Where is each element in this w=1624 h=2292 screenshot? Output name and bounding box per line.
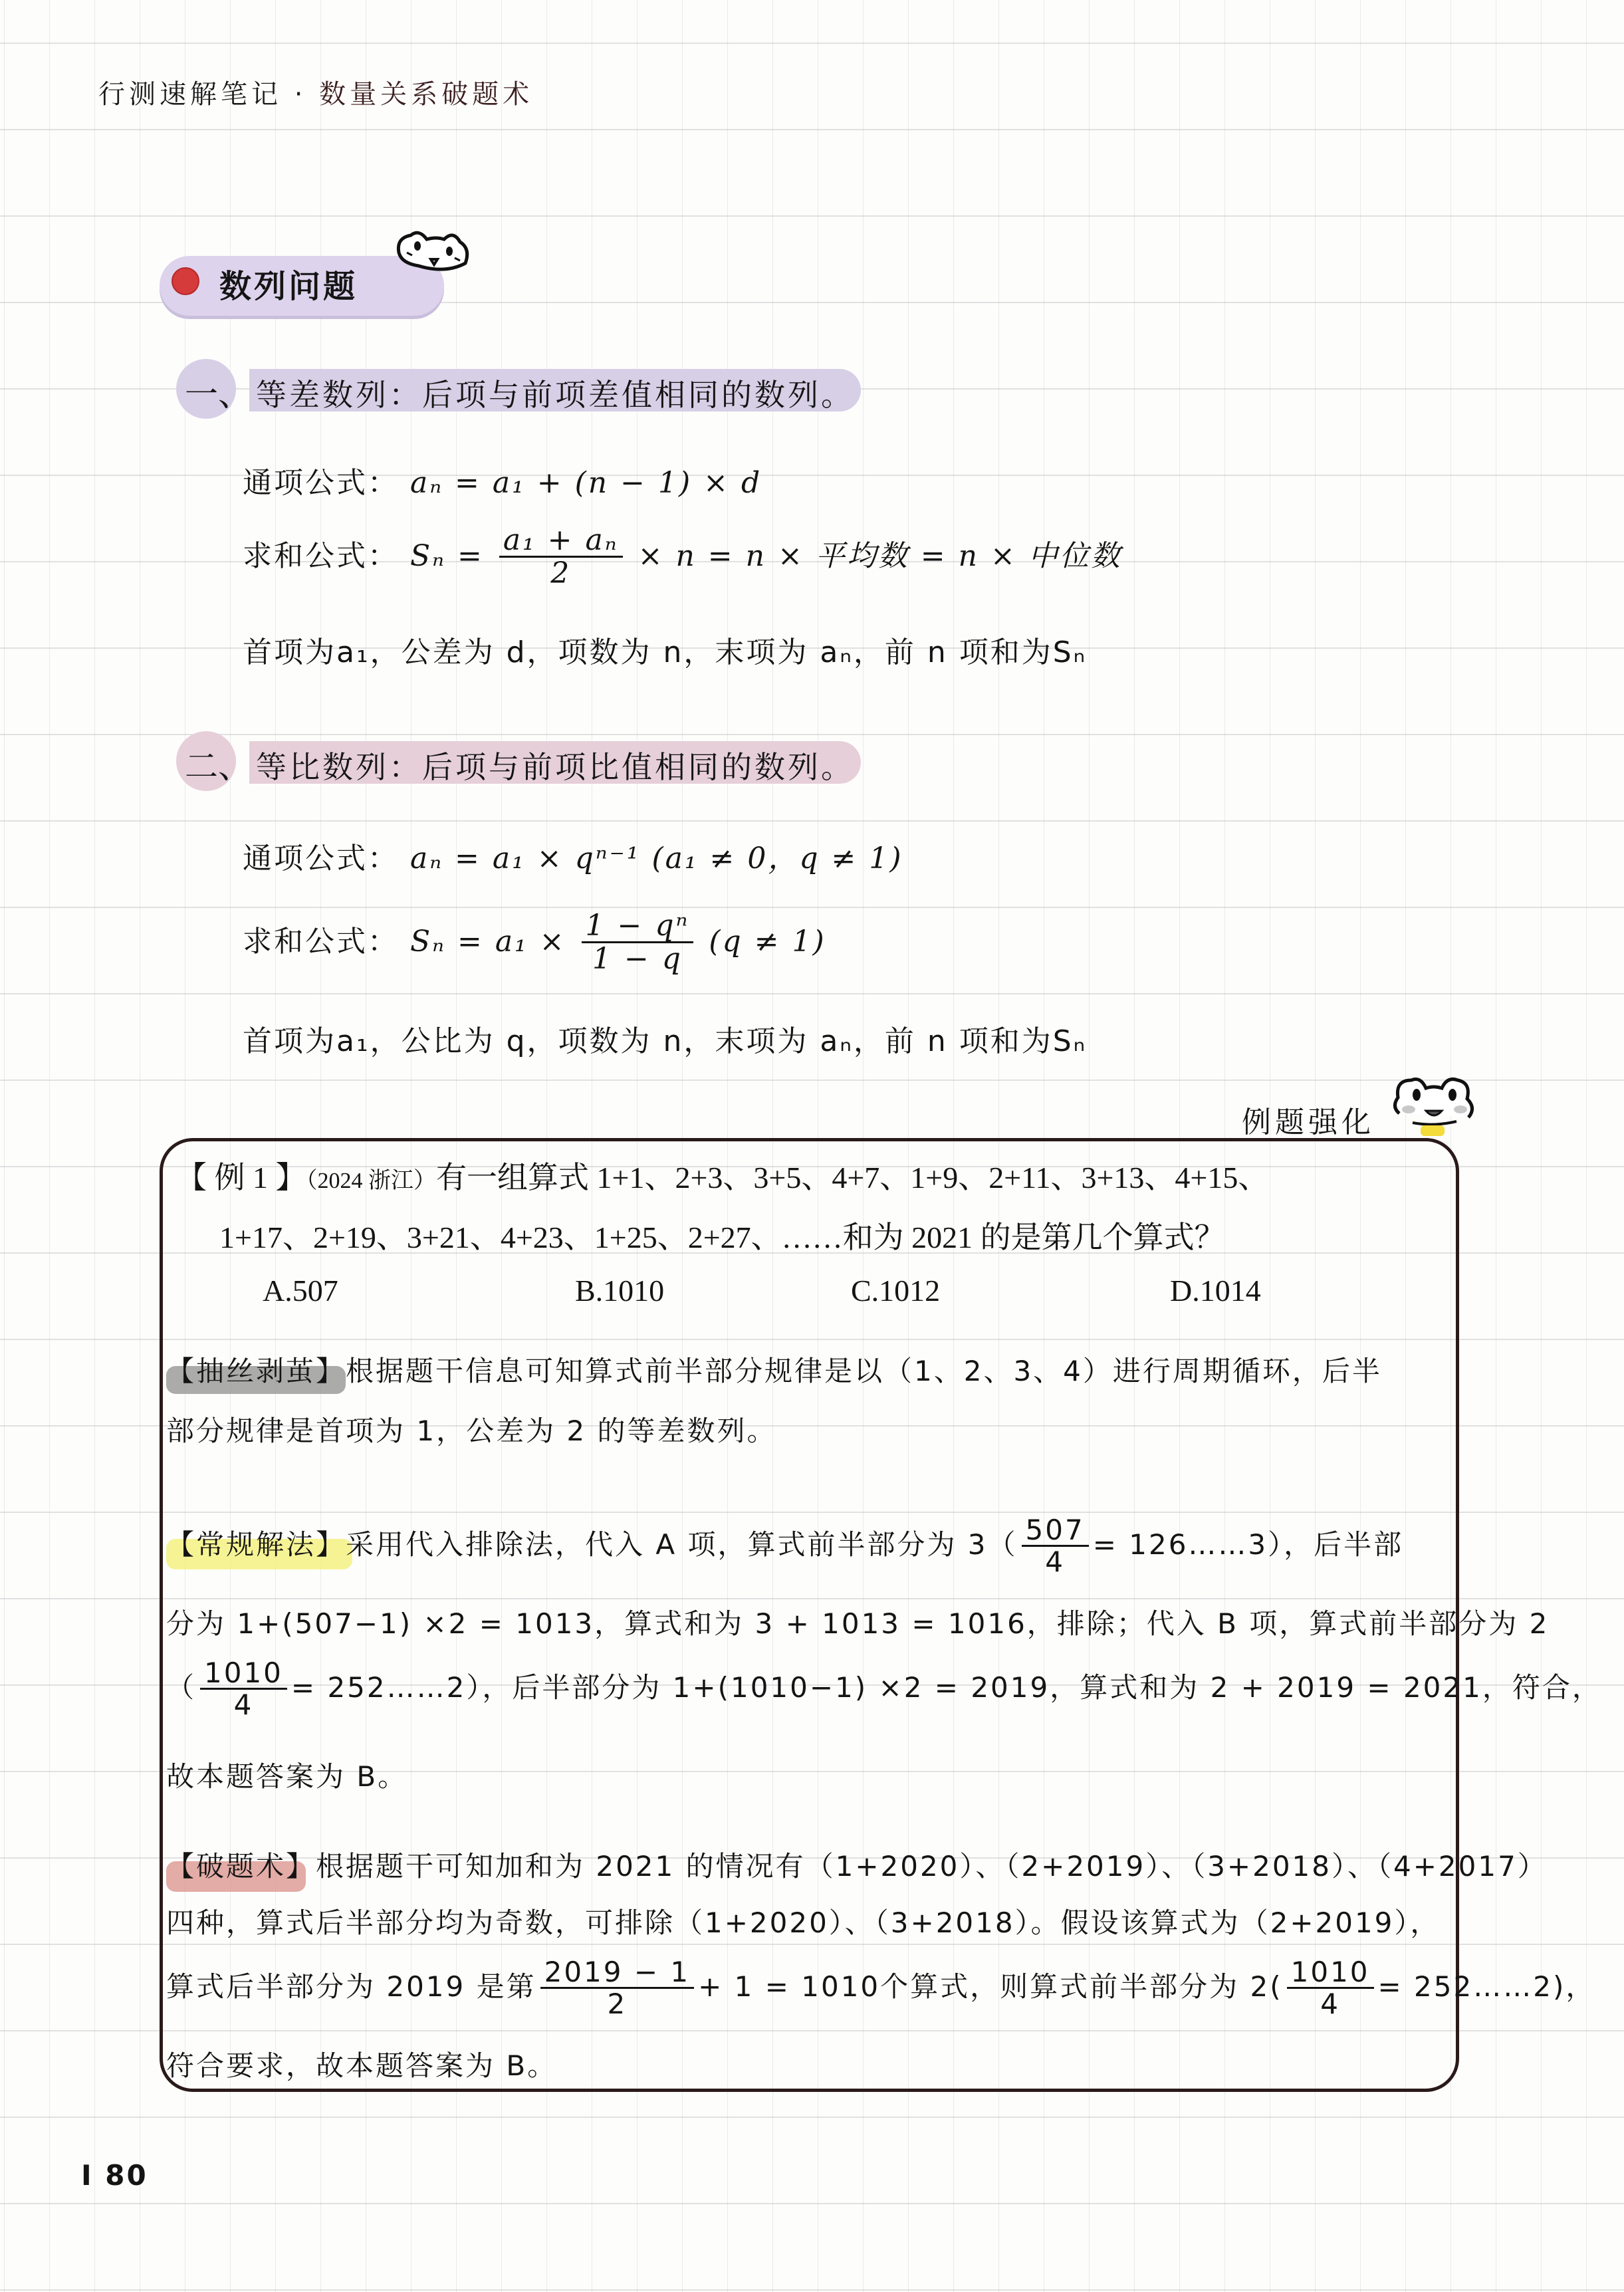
trick-text-1: 根据题干可知加和为 2021 的情况有（1+2020）、（2+2019）、（3+… — [316, 1850, 1548, 1883]
analysis-text-1: 根据题干信息可知算式前半部分规律是以（1、2、3、4）进行周期循环，后半 — [346, 1355, 1382, 1387]
trick-text-3a: 算式后半部分为 2019 是第 — [166, 1970, 536, 2003]
option-a[interactable]: A.507 — [263, 1273, 338, 1308]
topic-title: 数列问题 — [219, 261, 358, 306]
section-1-notes: 首项为a₁，公差为 d，项数为 n，末项为 aₙ，前 n 项和为Sₙ — [243, 628, 1087, 671]
fraction-denominator: 2 — [540, 1989, 695, 2019]
sum-formula-lhs: Sₙ = a₁ × — [410, 925, 566, 959]
fraction-denominator: 1 − q — [582, 943, 694, 975]
sum-formula-rhs: (q ≠ 1) — [709, 925, 826, 959]
general-formula-label: 通项公式： — [243, 466, 399, 500]
sum-fraction: a₁ + aₙ 2 — [499, 525, 623, 590]
fraction-1010-4: 10104 — [200, 1659, 287, 1720]
question-text-1: 有一组算式 1+1、2+3、3+5、4+7、1+9、2+11、3+13、4+15… — [436, 1161, 1268, 1195]
regular-line-4: 故本题答案为 B。 — [166, 1755, 407, 1795]
example-source: （2024 浙江） — [306, 1169, 437, 1193]
fraction-denominator: 4 — [1287, 1989, 1374, 2019]
section-2-general-formula: 通项公式： aₙ = a₁ × qⁿ⁻¹ (a₁ ≠ 0，q ≠ 1) — [243, 834, 903, 877]
running-header: 行测速解笔记 · 数量关系破题术 — [98, 73, 533, 111]
fraction-denominator: 2 — [499, 558, 623, 590]
section-2-title: 等比数列：后项与前项比值相同的数列。 — [256, 743, 854, 787]
trick-text-3b: + 1 = 1010个算式，则算式前半部分为 2( — [698, 1970, 1283, 2003]
sum-formula-label: 求和公式： — [243, 539, 399, 573]
section-1-general-formula: 通项公式： aₙ = a₁ + (n − 1) × d — [243, 459, 762, 501]
trick-line-4: 符合要求，故本题答案为 B。 — [166, 2044, 557, 2084]
book-subtitle: 数量关系破题术 — [319, 79, 533, 110]
fraction-denominator: 4 — [1022, 1547, 1089, 1577]
fraction-numerator: 1010 — [1287, 1958, 1374, 1989]
question-line-2: 1+17、2+19、3+21、4+23、1+25、2+27、……和为 2021 … — [219, 1213, 1225, 1257]
header-separator: · — [294, 79, 307, 110]
fraction-numerator: 507 — [1022, 1516, 1089, 1547]
fraction-numerator: 1010 — [200, 1659, 287, 1690]
sum-formula-label: 求和公式： — [243, 925, 399, 959]
section-2-sum-formula: 求和公式： Sₙ = a₁ × 1 − qⁿ 1 − q (q ≠ 1) — [243, 911, 826, 976]
option-c[interactable]: C.1012 — [851, 1273, 940, 1308]
regular-text-3b: = 252……2），后半部分为 1+(1010−1) ×2 = 2019，算式和… — [291, 1671, 1602, 1704]
sum-formula-rhs: × n = n × 平均数 = n × 中位数 — [638, 539, 1122, 573]
question-line-1: 【 例 1 】（2024 浙江）有一组算式 1+1、2+3、3+5、4+7、1+… — [176, 1153, 1268, 1197]
fraction-1010-4: 10104 — [1287, 1958, 1374, 2019]
frog-smiling-icon — [1386, 1074, 1479, 1147]
regular-line-3: （10104= 252……2），后半部分为 1+(1010−1) ×2 = 20… — [166, 1659, 1602, 1720]
section-2-notes: 首项为a₁，公比为 q，项数为 n，末项为 aₙ，前 n 项和为Sₙ — [243, 1017, 1087, 1060]
analysis-line-1: 【抽丝剥茧】根据题干信息可知算式前半部分规律是以（1、2、3、4）进行周期循环，… — [166, 1349, 1382, 1389]
option-d[interactable]: D.1014 — [1170, 1273, 1261, 1308]
book-title: 行测速解笔记 — [98, 79, 282, 110]
option-b[interactable]: B.1010 — [575, 1273, 664, 1308]
fraction-numerator: a₁ + aₙ — [499, 525, 623, 558]
regular-line-1: 【常规解法】采用代入排除法，代入 A 项，算式前半部分为 3（5074= 126… — [166, 1516, 1403, 1577]
regular-text-1a: 采用代入排除法，代入 A 项，算式前半部分为 3（ — [346, 1528, 1018, 1561]
trick-text-3c: = 252……2)， — [1378, 1970, 1596, 2003]
regular-text-1b: = 126……3），后半部 — [1093, 1528, 1403, 1561]
fraction-numerator: 2019 − 1 — [540, 1958, 695, 1989]
page-number: I 80 — [81, 2159, 148, 2192]
trick-line-1: 【破题术】根据题干可知加和为 2021 的情况有（1+2020）、（2+2019… — [166, 1845, 1548, 1885]
general-formula-expr: aₙ = a₁ × qⁿ⁻¹ (a₁ ≠ 0，q ≠ 1) — [410, 842, 903, 875]
trick-tag: 【破题术】 — [166, 1850, 316, 1883]
fraction-denominator: 4 — [200, 1690, 287, 1720]
regular-text-3a: （ — [166, 1671, 196, 1704]
section-2-number: 二、 — [185, 740, 251, 788]
fraction-numerator: 1 − qⁿ — [582, 911, 694, 943]
section-1-number: 一、 — [185, 368, 251, 415]
sum-fraction: 1 − qⁿ 1 − q — [582, 911, 694, 976]
trick-line-2: 四种，算式后半部分均为奇数，可排除（1+2020）、（3+2018）。假设该算式… — [166, 1901, 1440, 1941]
general-formula-label: 通项公式： — [243, 842, 399, 875]
analysis-line-2: 部分规律是首项为 1，公差为 2 的等差数列。 — [166, 1409, 777, 1449]
sum-formula-lhs: Sₙ = — [410, 539, 484, 573]
general-formula-expr: aₙ = a₁ + (n − 1) × d — [410, 466, 762, 500]
fraction-507-4: 5074 — [1022, 1516, 1089, 1577]
trick-line-3: 算式后半部分为 2019 是第2019 − 12+ 1 = 1010个算式，则算… — [166, 1958, 1595, 2019]
analysis-tag: 【抽丝剥茧】 — [166, 1355, 346, 1387]
frog-face-icon — [392, 226, 472, 279]
regular-line-2: 分为 1+(507−1) ×2 = 1013，算式和为 3 + 1013 = 1… — [166, 1602, 1549, 1642]
section-1-sum-formula: 求和公式： Sₙ = a₁ + aₙ 2 × n = n × 平均数 = n ×… — [243, 525, 1122, 590]
bullet-dot-icon — [172, 267, 199, 295]
section-1-title: 等差数列：后项与前项差值相同的数列。 — [256, 371, 854, 415]
example-heading: 例题强化 — [1242, 1098, 1375, 1141]
regular-tag: 【常规解法】 — [166, 1528, 346, 1561]
example-tag: 【 例 1 】 — [176, 1161, 306, 1195]
fraction-2018-2: 2019 − 12 — [540, 1958, 695, 2019]
